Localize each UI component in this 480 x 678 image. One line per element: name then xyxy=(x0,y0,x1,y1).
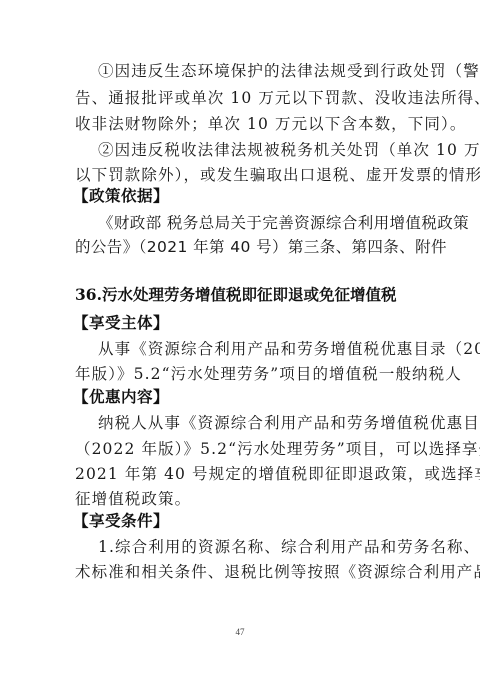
eligible-subject-line-1: 从事《资源综合利用产品和劳务增值税优惠目录（2022 xyxy=(98,339,409,359)
penalty-item-1-line-2: 告、通报批评或单次 10 万元以下罚款、没收违法所得、没 xyxy=(75,88,409,108)
conditions-line-2: 术标准和相关条件、退税比例等按照《资源综合利用产品和 xyxy=(75,562,409,582)
eligible-subject-line-2: 年版）》5.2“污水处理劳务”项目的增值税一般纳税人 xyxy=(75,364,409,384)
policy-basis-line-2: 的公告》（2021 年第 40 号）第三条、第四条、附件 xyxy=(75,237,409,257)
policy-basis-line-1: 《财政部 税务总局关于完善资源综合利用增值税政策 xyxy=(98,213,409,233)
heading-conditions: 【享受条件】 xyxy=(73,511,169,531)
section-title: 36.污水处理劳务增值税即征即退或免征增值税 xyxy=(75,285,396,305)
conditions-line-1: 1.综合利用的资源名称、综合利用产品和劳务名称、技 xyxy=(98,537,409,557)
heading-preferential-content: 【优惠内容】 xyxy=(73,387,169,407)
preferential-content-line-1: 纳税人从事《资源综合利用产品和劳务增值税优惠目录 xyxy=(98,413,409,433)
penalty-item-1-line-3: 收非法财物除外；单次 10 万元以下含本数，下同）。 xyxy=(75,114,409,134)
penalty-item-2-line-2: 以下罚款除外），或发生骗取出口退税、虚开发票的情形。 xyxy=(75,165,409,185)
preferential-content-line-3: 2021 年第 40 号规定的增值税即征即退政策，或选择享受免 xyxy=(75,464,409,484)
preferential-content-line-4: 征增值税政策。 xyxy=(75,489,409,509)
page-number: 47 xyxy=(0,627,480,637)
preferential-content-line-2: （2022 年版）》5.2“污水处理劳务”项目，可以选择享受 xyxy=(75,439,409,459)
penalty-item-1-line-1: ①因违反生态环境保护的法律法规受到行政处罚（警 xyxy=(98,61,409,81)
heading-policy-basis: 【政策依据】 xyxy=(73,186,169,206)
heading-eligible-subject: 【享受主体】 xyxy=(73,313,169,333)
penalty-item-2-line-1: ②因违反税收法律法规被税务机关处罚（单次 10 万元 xyxy=(98,140,409,160)
document-page: ①因违反生态环境保护的法律法规受到行政处罚（警 告、通报批评或单次 10 万元以… xyxy=(0,0,480,678)
